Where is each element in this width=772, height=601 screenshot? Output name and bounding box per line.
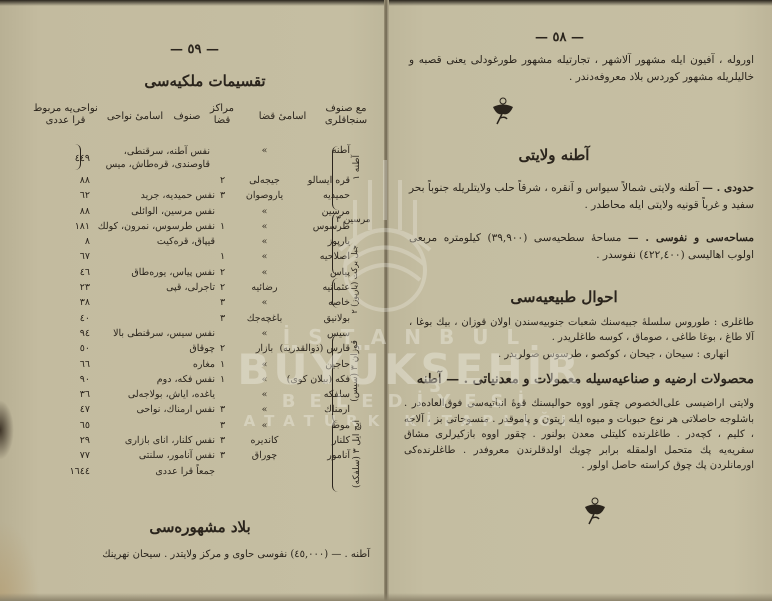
kaza-name: حاجین [280,359,350,370]
floral-ornament-icon [489,96,517,126]
village-count: ٣٨ [50,297,90,308]
kaza-class: ٣ [215,190,230,201]
library-logo-watermark-icon [330,150,440,320]
kaza-name: آنامور [280,450,350,461]
village-count: ٩٠ [50,374,90,385]
kaza-class: ٢ [215,343,230,354]
table-row: ٣٦ یاغده، ایاش، بولاجه‌لی » سلفکه [20,389,370,404]
village-count: ٨٨ [50,206,90,217]
table-row: ٤٦ نفس پیاس، یوره‌طاق ٢ » پیاس [20,267,370,282]
total-value: ١٦٤٤ [40,466,90,477]
header-kaza-center: مراکز قضا [204,103,240,127]
header-class: صنوف [172,111,202,123]
table-row: ٣٨ ٣ » خاصه [20,297,370,312]
village-count: ٤٠ [50,313,90,324]
table-row: ٤٧ نفس ارمناك، نواحی ٣ » ارمناك [20,404,370,419]
mountains-paragraph: طاغلری : طوروس سلسله‌ٔ جبیه‌سنك شعبات جن… [409,315,754,345]
nahiye-names: نفس ارمناك، نواحی [95,404,215,415]
table-row: ٦٧ ١ » اصلاحیه [20,251,370,266]
kaza-class: ٢ [215,282,230,293]
table-row: ٤٠ ٣ باغچه‌جك بولانیق [20,313,370,328]
products-paragraph: ولایتی اراضیسی علی‌الخصوص چقور اووه حوال… [404,396,754,474]
table-row: ٥٠ چوقاق ٢ بازار قارس (ذوالقدریه) [20,343,370,358]
kaza-class: ١ [215,374,230,385]
table-row: ٢٣ تاجرلی، قپی ٢ رضائیه عثمانیه [20,282,370,297]
table-row: ٨٨ ٢ جیجه‌لی قره ایسالو [20,175,370,190]
kaza-name: فکه (بیلان کوی) [280,374,350,385]
village-count: ٢٣ [50,282,90,293]
village-count: ٨ [50,236,90,247]
village-count: ٤٦ [50,267,90,278]
kaza-class: ٢ [215,267,230,278]
table-row: ٧٧ نفس آنامور، سلنتی ٣ چوراق آنامور [20,450,370,465]
page-number: — ٥٩ — [170,42,219,57]
nahiye-names: نفس فکه، دوم [95,374,215,385]
nahiye-names: نفس مرسین، الوائلی [95,206,215,217]
kaza-class: ١ [215,251,230,262]
total-label: جمعاً قرا عددی [95,466,215,477]
nahiye-names: نفس طرسوس، نمرون، کولك [95,221,215,232]
kaza-name: کلنار [280,435,350,446]
kaza-class: ٣ [215,420,230,431]
table-row: ٦٥ ٣ » موط [20,420,370,435]
village-count: ٦٥ [50,420,90,431]
table-row: ٩٤ نفس سیس، سرقنطی بالا » سیس [20,328,370,343]
nahiye-names: نفس حمیدیه، جرید [95,190,215,201]
village-count: ٧٧ [50,450,90,461]
table-total-row: ١٦٤٤ جمعاً قرا عددی [20,466,370,481]
table-row: ٦٢ نفس حمیدیه، جرید ٣ یاروصوان حمیدیه [20,190,370,205]
village-count: ٢٩ [50,435,90,446]
nahiye-names: نفس پیاس، یوره‌طاق [95,267,215,278]
table-row: ٦٦ مغاره ١ » حاجین [20,359,370,374]
village-count: ٤٤٩ [50,153,90,164]
boundaries-label: حدودی . — [702,182,754,194]
rivers-paragraph: انهاری : سیحان ، جیحان ، کوکصو ، طرسوس ص… [409,346,729,363]
page-number: — ٥٨ — [535,30,584,45]
kaza-class: ١ [215,359,230,370]
nahiye-names: قیپاق، قره‌کیت [95,236,215,247]
intro-paragraph: اوروله ، آفیون ایله مشهور آلاشهر ، تجارت… [409,52,754,86]
area-label: مساحه‌سی و نفوسی . — [628,232,754,244]
left-page: — ٥٩ — تقسیمات ملکیه‌سی مع صنوف سنجاقلری… [0,0,384,601]
village-count: ٩٤ [50,328,90,339]
province-title: آطنه ولایتی [479,146,629,164]
kaza-class: ٣ [215,435,230,446]
nahiye-names: نفس آطنه، سرقنطی، قاوصندی، قره‌طاش، میس [100,145,210,171]
table-row: ٤٤٩ نفس آطنه، سرقنطی، قاوصندی، قره‌طاش، … [20,145,370,175]
floral-ornament-icon [581,496,609,526]
nahiye-names: چوقاق [95,343,215,354]
section-title: بلاد مشهوره‌سی [120,518,280,536]
table-row: ٢٩ نفس کلنار، انای بازاری ٣ کاندیره کلنا… [20,435,370,450]
table-row: ٩٠ نفس فکه، دوم ١ » فکه (بیلان کوی) [20,374,370,389]
village-count: ٥٠ [50,343,90,354]
village-count: ٣٦ [50,389,90,400]
kaza-class: ٣ [215,313,230,324]
kaza-class: ٢ [215,175,230,186]
header-sanjaks: مع صنوف سنجاقلری [322,103,370,127]
kaza-name: سلفکه [280,389,350,400]
nahiye-names: تاجرلی، قپی [95,282,215,293]
area-paragraph: مساحه‌سی و نفوسی . — مساحهٔ سطحیه‌سی (٣٩… [409,230,754,264]
page-bottom-edge [0,593,772,601]
nature-title: احوال طبیعیه‌سی [489,288,639,306]
village-count: ١٨١ [50,221,90,232]
kaza-name: سیس [280,328,350,339]
page-title: تقسیمات ملکیه‌سی [130,72,280,90]
kaza-class: ٣ [215,297,230,308]
village-count: ٦٦ [50,359,90,370]
right-page: — ٥٨ — اوروله ، آفیون ایله مشهور آلاشهر … [389,0,772,601]
village-count: ٤٧ [50,404,90,415]
section-text: آطنه . — (٤٥,٠٠٠) نفوسی حاوی و مرکز ولای… [40,546,370,563]
village-count: ٦٢ [50,190,90,201]
kaza-name: قارس (ذوالقدریه) [280,343,350,354]
nahiye-names: نفس آنامور، سلنتی [95,450,215,461]
nahiye-names: نفس سیس، سرقنطی بالا [95,328,215,339]
kaza-class: ٣ [215,404,230,415]
header-kaza-name: اسامیٔ قضا [255,111,310,123]
nahiye-names: یاغده، ایاش، بولاجه‌لی [95,389,215,400]
kaza-class: ٣ [215,450,230,461]
header-nahiye-name: اسامیٔ نواحی [105,111,165,123]
boundaries-paragraph: حدودی . — آطنه ولایتی شمالاً سیواس و آنق… [409,180,754,214]
nahiye-names: نفس کلنار، انای بازاری [95,435,215,446]
nahiye-names: مغاره [95,359,215,370]
village-count: ٦٧ [50,251,90,262]
table-header: مع صنوف سنجاقلری اسامیٔ قضا مراکز قضا صن… [20,103,370,143]
table-body: ٤٤٩ نفس آطنه، سرقنطی، قاوصندی، قره‌طاش، … [20,145,370,481]
products-title: محصولات ارضیه و صناعیه‌سیله معمولات و مع… [399,372,754,387]
table-row: ١٨١ نفس طرسوس، نمرون، کولك ١ » طرسوس [20,221,370,236]
table-row: ٨٨ نفس مرسین، الوائلی » مرسین [20,206,370,221]
table-row: ٨ قیپاق، قره‌کیت » یارپوز [20,236,370,251]
header-village-count: نواحی‌یه مربوط قرا عددی [33,103,98,127]
kaza-name: ارمناك [280,404,350,415]
village-count: ٨٨ [50,175,90,186]
kaza-name: موط [280,420,350,431]
kaza-class: ١ [215,221,230,232]
